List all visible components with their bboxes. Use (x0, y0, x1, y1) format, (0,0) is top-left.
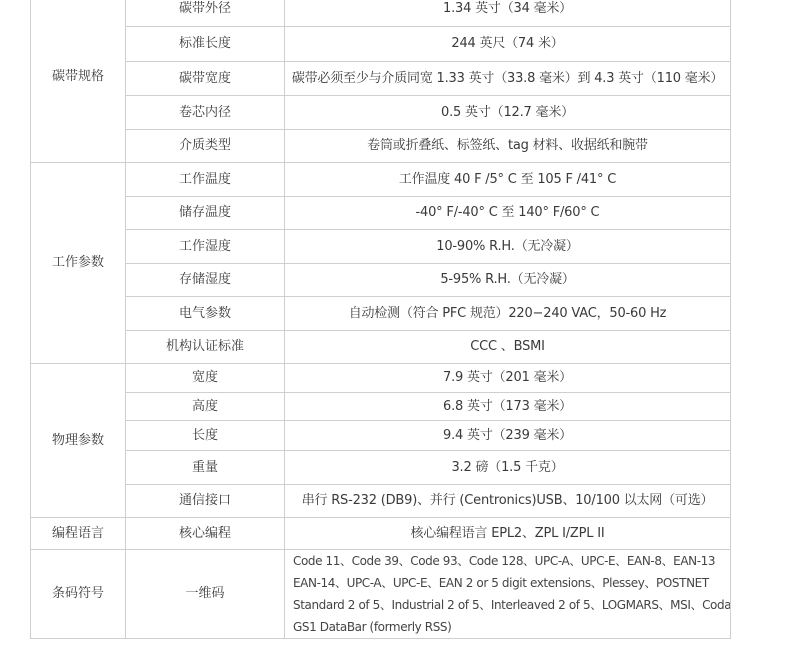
param-value: 5-95% R.H.（无冷凝） (285, 264, 731, 297)
table-row: 物理参数 宽度 7.9 英寸（201 毫米） (31, 364, 731, 393)
param-label: 重量 (126, 451, 285, 485)
table-row: 编程语言 核心编程 核心编程语言 EPL2、ZPL I/ZPL II (31, 518, 731, 550)
param-label: 电气参数 (126, 297, 285, 331)
table-row: 介质类型 卷筒或折叠纸、标签纸、tag 材料、收据纸和腕带 (31, 130, 731, 163)
barcode-list: Code 11、Code 39、Code 93、Code 128、UPC-A、U… (285, 550, 731, 639)
table-row: 卷芯内径 0.5 英寸（12.7 毫米） (31, 96, 731, 130)
param-value: 1.34 英寸（34 毫米） (285, 0, 731, 27)
param-label: 一维码 (126, 550, 285, 639)
param-value: 9.4 英寸（239 毫米） (285, 421, 731, 451)
param-value: 3.2 磅（1.5 千克） (285, 451, 731, 485)
table-row: 工作参数 工作温度 工作温度 40 F /5° C 至 105 F /41° C (31, 163, 731, 197)
table-row: 储存温度 -40° F/-40° C 至 140° F/60° C (31, 197, 731, 230)
table-row: 碳带规格 碳带外径 1.34 英寸（34 毫米） (31, 0, 731, 27)
table-row: 重量 3.2 磅（1.5 千克） (31, 451, 731, 485)
param-label: 长度 (126, 421, 285, 451)
param-value: 工作温度 40 F /5° C 至 105 F /41° C (285, 163, 731, 197)
param-label: 卷芯内径 (126, 96, 285, 130)
table-row: 标准长度 244 英尺（74 米） (31, 27, 731, 62)
param-label: 碳带宽度 (126, 62, 285, 96)
table-row: 条码符号 一维码 Code 11、Code 39、Code 93、Code 12… (31, 550, 731, 639)
barcode-line: Standard 2 of 5、Industrial 2 of 5、Interl… (293, 594, 726, 616)
param-value: 卷筒或折叠纸、标签纸、tag 材料、收据纸和腕带 (285, 130, 731, 163)
param-value: 核心编程语言 EPL2、ZPL I/ZPL II (285, 518, 731, 550)
param-value: 244 英尺（74 米） (285, 27, 731, 62)
table-row: 高度 6.8 英寸（173 毫米） (31, 393, 731, 421)
param-label: 介质类型 (126, 130, 285, 163)
table-row: 工作湿度 10-90% R.H.（无冷凝） (31, 230, 731, 264)
param-value: -40° F/-40° C 至 140° F/60° C (285, 197, 731, 230)
spec-table: 碳带规格 碳带外径 1.34 英寸（34 毫米） 标准长度 244 英尺（74 … (30, 0, 731, 639)
param-label: 标准长度 (126, 27, 285, 62)
param-label: 通信接口 (126, 485, 285, 518)
table-row: 机构认证标准 CCC 、BSMI (31, 331, 731, 364)
param-label: 核心编程 (126, 518, 285, 550)
param-value: 7.9 英寸（201 毫米） (285, 364, 731, 393)
param-label: 高度 (126, 393, 285, 421)
param-label: 储存温度 (126, 197, 285, 230)
group-label-operating-params: 工作参数 (31, 163, 126, 364)
param-value: 10-90% R.H.（无冷凝） (285, 230, 731, 264)
group-label-programming-language: 编程语言 (31, 518, 126, 550)
table-row: 碳带宽度 碳带必须至少与介质同宽 1.33 英寸（33.8 毫米）到 4.3 英… (31, 62, 731, 96)
param-label: 工作湿度 (126, 230, 285, 264)
barcode-line: GS1 DataBar (formerly RSS) (293, 616, 726, 638)
group-label-barcode-symbology: 条码符号 (31, 550, 126, 639)
table-row: 存储湿度 5-95% R.H.（无冷凝） (31, 264, 731, 297)
group-label-physical-params: 物理参数 (31, 364, 126, 518)
group-label-ribbon-spec: 碳带规格 (31, 0, 126, 163)
param-value: 0.5 英寸（12.7 毫米） (285, 96, 731, 130)
param-value: 串行 RS-232 (DB9)、并行 (Centronics)USB、10/10… (285, 485, 731, 518)
param-label: 存储湿度 (126, 264, 285, 297)
barcode-line: Code 11、Code 39、Code 93、Code 128、UPC-A、U… (293, 550, 726, 572)
param-label: 工作温度 (126, 163, 285, 197)
table-row: 电气参数 自动检测（符合 PFC 规范）220−240 VAC，50-60 Hz (31, 297, 731, 331)
table-row: 长度 9.4 英寸（239 毫米） (31, 421, 731, 451)
table-row: 通信接口 串行 RS-232 (DB9)、并行 (Centronics)USB、… (31, 485, 731, 518)
param-value: 碳带必须至少与介质同宽 1.33 英寸（33.8 毫米）到 4.3 英寸（110… (285, 62, 731, 96)
param-label: 机构认证标准 (126, 331, 285, 364)
param-value: 6.8 英寸（173 毫米） (285, 393, 731, 421)
param-label: 宽度 (126, 364, 285, 393)
param-value: CCC 、BSMI (285, 331, 731, 364)
param-value: 自动检测（符合 PFC 规范）220−240 VAC，50-60 Hz (285, 297, 731, 331)
param-label: 碳带外径 (126, 0, 285, 27)
barcode-line: EAN-14、UPC-A、UPC-E、EAN 2 or 5 digit exte… (293, 572, 726, 594)
